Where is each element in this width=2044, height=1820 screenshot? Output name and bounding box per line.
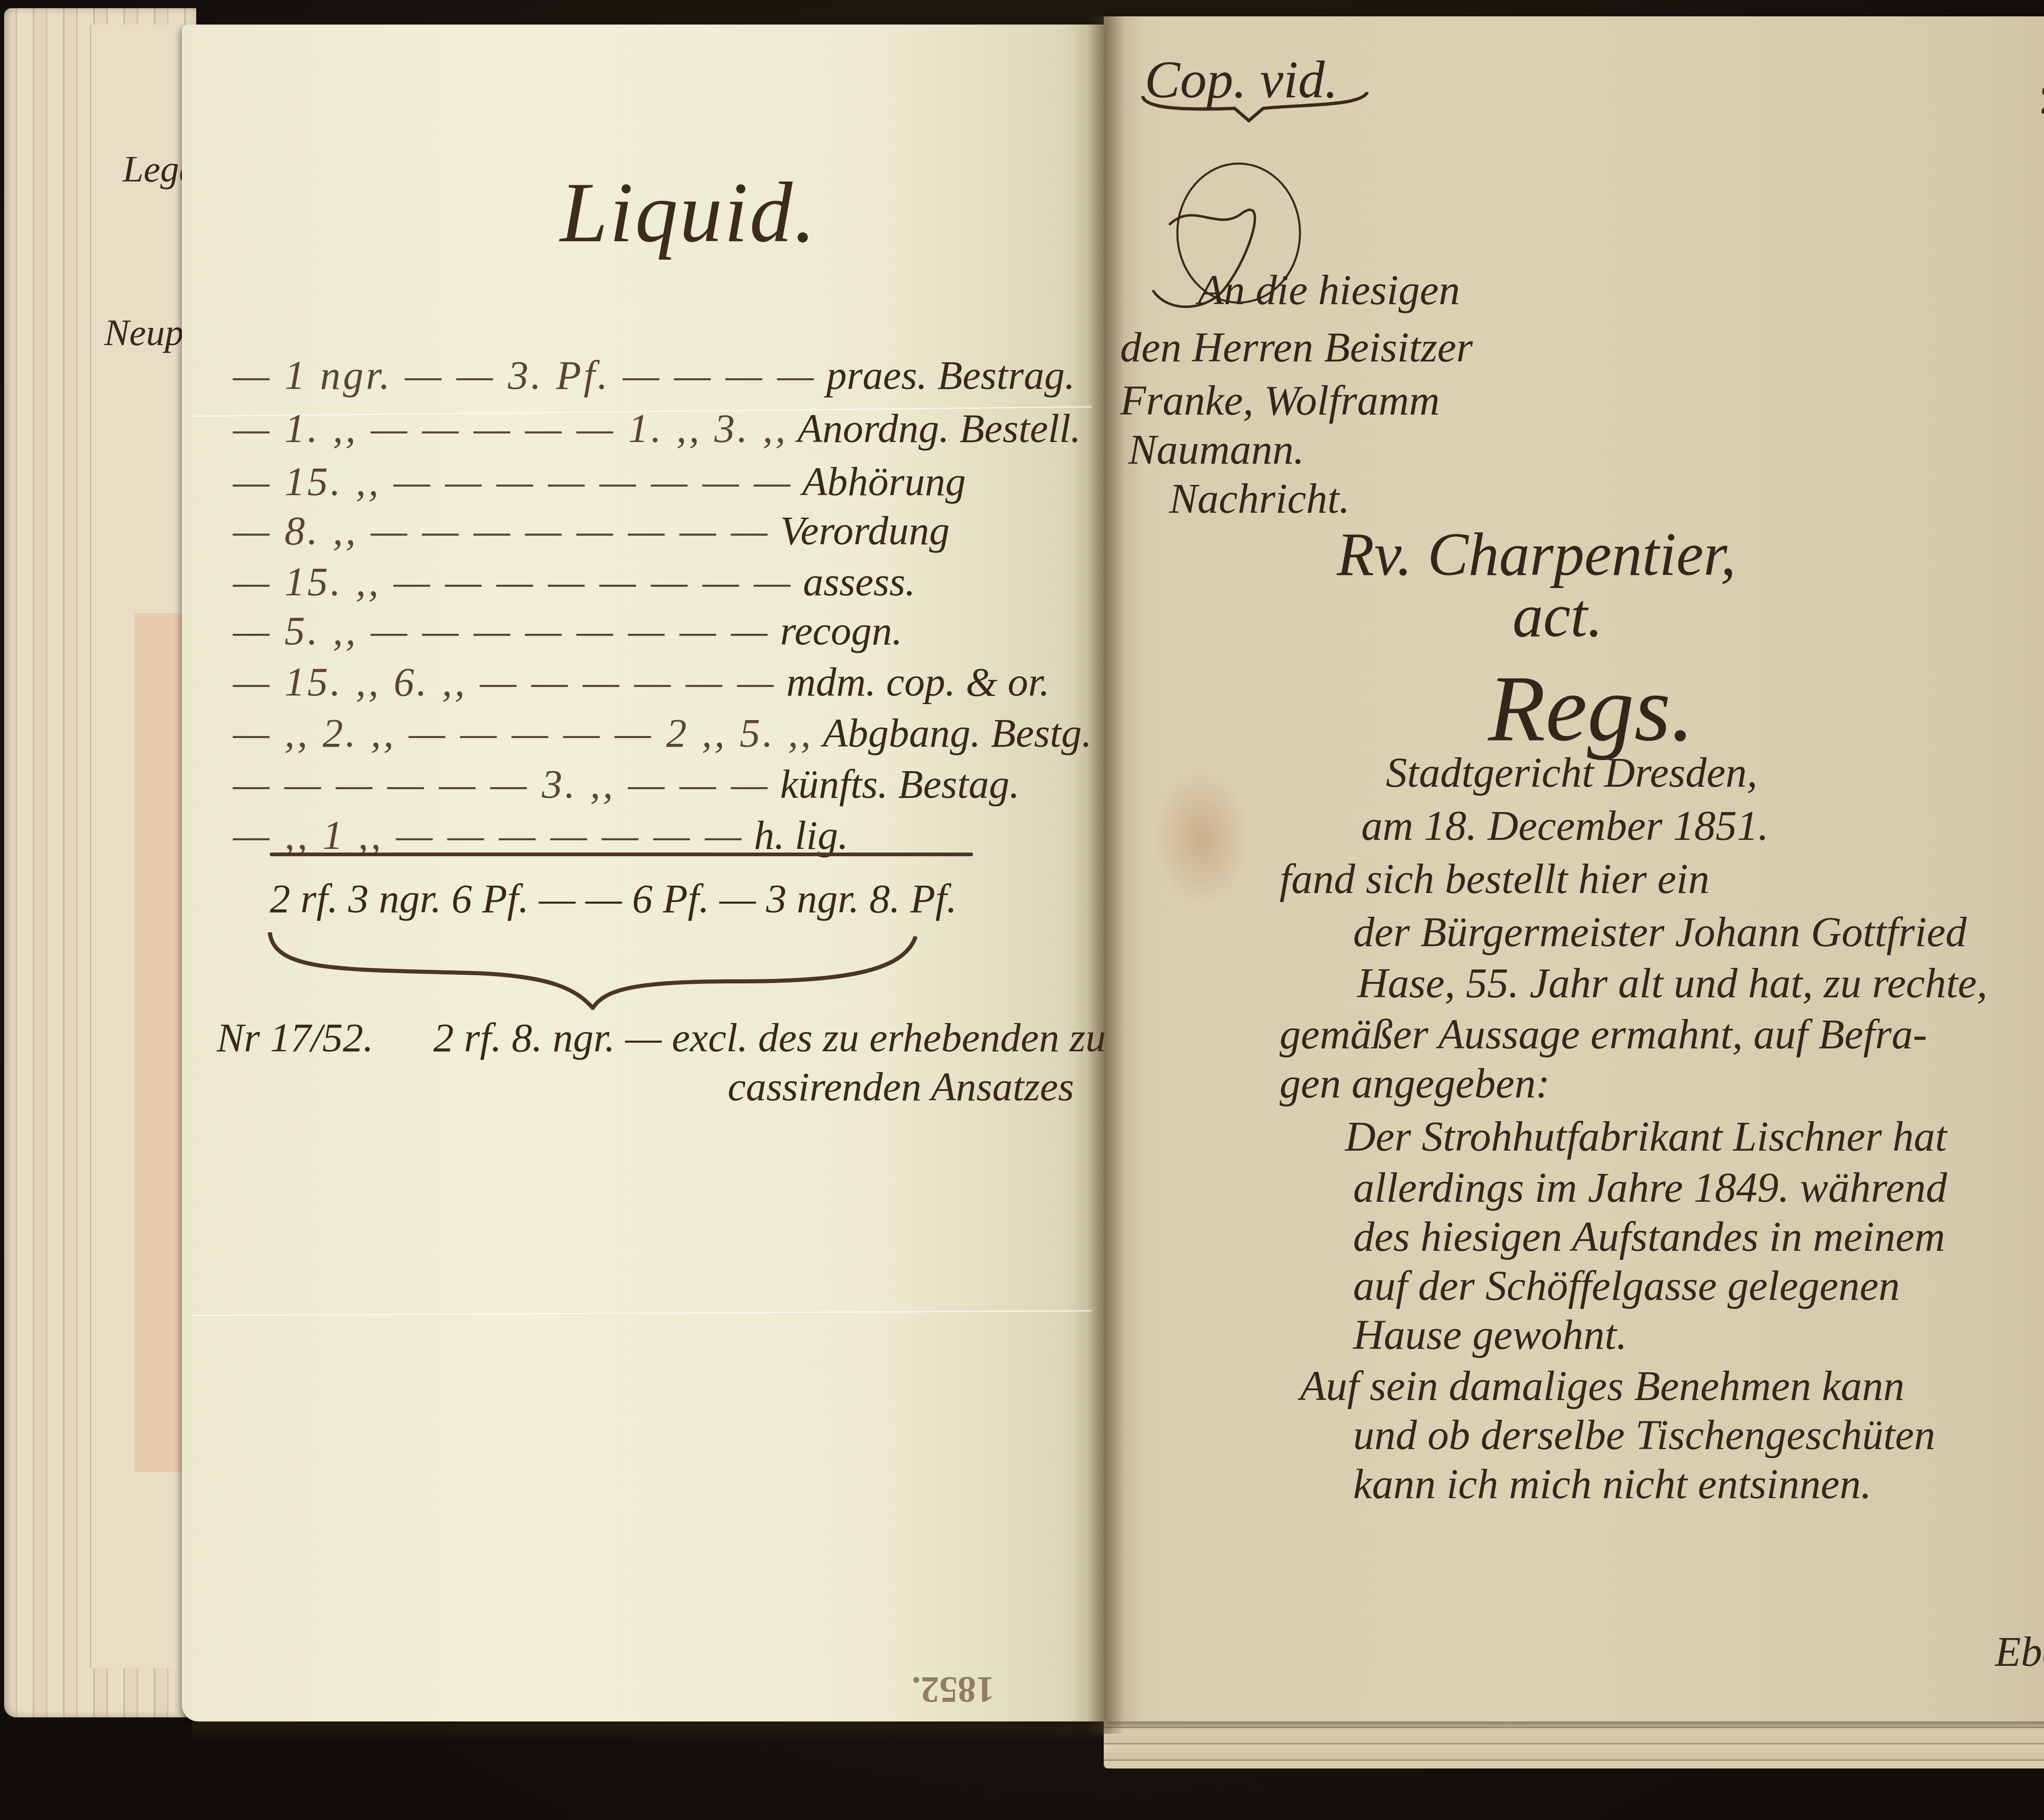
body-line: Hause gewohnt. <box>1353 1311 1627 1359</box>
body-line: der Bürgermeister Johann Gottfried <box>1353 908 1967 956</box>
left-page <box>182 25 1104 1721</box>
ledger-row: — 15. ,, 6. ,, — — — — — — mdm. cop. & o… <box>233 658 1050 705</box>
body-line: Der Strohhutfabrikant Lischner hat <box>1345 1112 1947 1161</box>
body-line: Stadtgericht Dresden, <box>1386 748 1757 797</box>
ledger-row: — ,, 1 ,, — — — — — — — h. lig. <box>233 812 848 859</box>
case-suffix: act. <box>1513 581 1603 651</box>
underlying-pink-sheet <box>135 613 184 1472</box>
ledger-row: — 1. ,, — — — — — 1. ,, 3. ,, Anordng. B… <box>233 405 1081 452</box>
ledger-total: 2 rf. 3 ngr. 6 Pf. — — 6 Pf. — 3 ngr. 8.… <box>270 875 957 922</box>
ledger-row: — — — — — — 3. ,, — — — künfts. Bestag. <box>233 761 1020 808</box>
body-line: Hase, 55. Jahr alt und hat, zu rechte, <box>1357 959 1988 1008</box>
page-stack-bottom <box>1104 1719 2044 1768</box>
curly-brace <box>266 928 920 1010</box>
entry-reference: Nr 17/52. <box>217 1014 373 1061</box>
total-rule <box>270 853 973 856</box>
catchword: Ebenso, <box>1995 1627 2044 1676</box>
book-gutter <box>1087 16 1124 1734</box>
ledger-row: — 5. ,, — — — — — — — — recogn. <box>233 607 902 654</box>
body-line: und ob derselbe Tischengeschüten <box>1353 1411 1935 1459</box>
subject-label: Nachricht. <box>1169 474 1350 523</box>
ledger-row: — ,, 2. ,, — — — — — 2 ,, 5. ,, Abgbang.… <box>233 709 1092 756</box>
body-line: allerdings im Jahre 1849. während <box>1353 1163 1947 1212</box>
ledger-title: Liquid. <box>560 164 817 262</box>
water-stain <box>1153 769 1251 908</box>
ledger-row: — 15. ,, — — — — — — — — Abhörung <box>233 458 966 505</box>
offset-stamp: 1852. <box>912 1668 995 1710</box>
address-line: An die hiesigen <box>1198 266 1460 314</box>
body-line: gemäßer Aussage ermahnt, auf Befra- <box>1280 1010 1927 1059</box>
body-line: Auf sein damaliges Benehmen kann <box>1300 1362 1905 1410</box>
body-line: fand sich bestellt hier ein <box>1280 855 1709 903</box>
document-heading: Regs. <box>1488 654 1694 763</box>
address-line: Naumann. <box>1128 425 1304 474</box>
ledger-row: — 15. ,, — — — — — — — — assess. <box>233 558 915 605</box>
body-line: des hiesigen Aufstandes in meinem <box>1353 1212 1945 1261</box>
entry-continuation: cassirenden Ansatzes <box>728 1063 1074 1110</box>
body-line: gen angegeben: <box>1280 1059 1550 1108</box>
ledger-row: — 1 ngr. — — 3. Pf. — — — — praes. Bestr… <box>233 352 1075 399</box>
body-line: am 18. December 1851. <box>1361 801 1768 850</box>
ledger-row: — 8. ,, — — — — — — — — Verordung <box>233 507 950 554</box>
entry-text: 2 rf. 8. ngr. — excl. des zu erhebenden … <box>433 1014 1106 1061</box>
body-line: kann ich mich nicht entsinnen. <box>1353 1460 1871 1508</box>
case-name: Rv. Charpentier, <box>1337 519 1736 590</box>
body-line: auf der Schöffelgasse gelegenen <box>1353 1261 1900 1310</box>
page-number: 29. <box>2040 78 2044 123</box>
address-line: den Herren Beisitzer <box>1120 323 1473 372</box>
address-line: Franke, Wolframm <box>1120 376 1440 425</box>
header-underline <box>1141 92 1369 125</box>
